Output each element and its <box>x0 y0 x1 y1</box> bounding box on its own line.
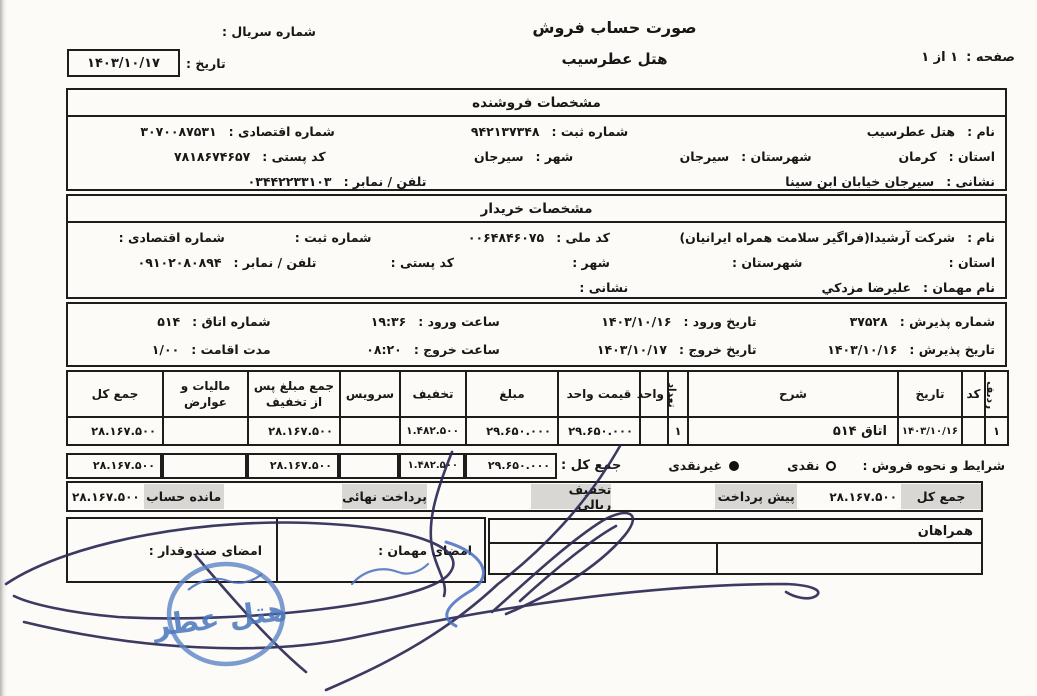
date-value: ۱۴۰۳/۱۰/۱۷ <box>87 56 160 71</box>
seller-city-field: شهر : سیرجان <box>326 149 574 164</box>
date-label: تاریخ : <box>186 56 226 71</box>
buyer-national-id-value: ۰۰۶۴۸۴۶۰۷۵ <box>468 230 544 245</box>
buyer-address-label: نشانی : <box>579 280 628 295</box>
cell-code <box>962 417 985 445</box>
seller-province-value: کرمان <box>898 149 936 164</box>
departure-date-value: ۱۴۰۳/۱۰/۱۷ <box>597 342 667 357</box>
seller-phone-value: ۰۳۴۴۲۲۳۳۱۰۳ <box>248 174 332 189</box>
buyer-guest-value: علیرضا مزدكي <box>822 280 912 295</box>
document-title: صورت حساب فروش <box>527 18 702 37</box>
cell-amount: ۲۹.۶۵۰.۰۰۰ <box>466 417 558 445</box>
seller-address-value: سیرجان خیابان ابن سینا <box>785 174 934 189</box>
buyer-national-id-label: کد ملی : <box>556 230 610 245</box>
buyer-row-2: استان : شهرستان : شهر : کد پستی : تلفن /… <box>68 250 1005 275</box>
cell-unit-price: ۲۹.۶۵۰.۰۰۰ <box>558 417 640 445</box>
departure-time-label: ساعت خروج : <box>414 342 500 357</box>
companion-cell-left <box>490 544 716 573</box>
seller-section-title: مشخصات فروشنده <box>68 90 1005 117</box>
seller-address-field: نشانی : سیرجان خیابان ابن سینا <box>426 174 995 189</box>
seller-panel: مشخصات فروشنده نام : هتل عطرسیب شماره ثب… <box>66 88 1007 191</box>
arrival-date-label: تاریخ ورود : <box>683 314 756 329</box>
seller-reg-label: شماره ثبت : <box>552 124 629 139</box>
buyer-row-3: نام مهمان : علیرضا مزدكي نشانی : <box>68 275 1005 300</box>
seller-reg-field: شماره ثبت : ۹۴۲۱۳۷۳۴۸ <box>335 124 628 139</box>
arrival-date-value: ۱۴۰۳/۱۰/۱۶ <box>601 314 671 329</box>
payment-summary-strip: جمع کل ۲۸.۱۶۷.۵۰۰ پیش پرداخت تخفیف ریالی… <box>66 481 983 512</box>
cell-tax <box>163 417 248 445</box>
cell-row: ۱ <box>985 417 1008 445</box>
buyer-province-field: استان : <box>802 255 995 270</box>
seller-phone-label: تلفن / نمابر : <box>344 174 427 189</box>
col-header-amount: مبلغ <box>466 371 558 417</box>
stay-row-2: تاریخ پذیرش : ۱۴۰۳/۱۰/۱۶ تاریخ خروج : ۱۴… <box>68 335 1005 363</box>
reception-date-value: ۱۴۰۳/۱۰/۱۶ <box>827 342 897 357</box>
stay-panel: شماره پذیرش : ۳۷۵۲۸ تاریخ ورود : ۱۴۰۳/۱۰… <box>66 302 1007 367</box>
cell-description: اتاق ۵۱۴ <box>688 417 898 445</box>
seller-economic-field: شماره اقتصادی : ۳۰۷۰۰۸۷۵۳۱ <box>78 124 335 139</box>
buyer-postal-field: کد پستی : <box>316 255 454 270</box>
totals-discount: ۱.۴۸۲.۵۰۰ <box>399 453 465 479</box>
grand-total-value-cell: ۲۸.۱۶۷.۵۰۰ <box>797 483 901 510</box>
seller-postal-value: ۷۸۱۸۶۷۴۶۵۷ <box>174 149 250 164</box>
seller-province-field: استان : کرمان <box>812 149 995 164</box>
col-header-unit-price: قیمت واحد <box>558 371 640 417</box>
col-header-description: شرح <box>688 371 898 417</box>
non-cash-radio <box>729 461 739 471</box>
totals-after-discount: ۲۸.۱۶۷.۵۰۰ <box>247 453 339 479</box>
non-cash-label: غیرنقدی <box>668 458 722 473</box>
cell-grand-total: ۲۸.۱۶۷.۵۰۰ <box>67 417 163 445</box>
departure-date-label: تاریخ خروج : <box>679 342 757 357</box>
page-value: ۱ از ۱ <box>921 50 958 65</box>
buyer-city-label: شهر : <box>572 255 610 270</box>
seller-row-3: نشانی : سیرجان خیابان ابن سینا تلفن / نم… <box>68 169 1005 194</box>
seller-phone-field: تلفن / نمابر : ۰۳۴۴۲۲۳۳۱۰۳ <box>78 174 426 189</box>
departure-time-field: ساعت خروج : ۰۸:۲۰ <box>271 342 500 357</box>
signature-box: امضای مهمان : امضای صندوقدار : <box>66 517 486 583</box>
cell-date: ۱۴۰۳/۱۰/۱۶ <box>898 417 962 445</box>
seller-postal-field: کد پستی : ۷۸۱۸۶۷۴۶۵۷ <box>78 149 326 164</box>
buyer-panel: مشخصات خریدار نام : شرکت آرشیدا(فراگیر س… <box>66 194 1007 299</box>
buyer-reg-label: شماره ثبت : <box>295 230 372 245</box>
buyer-city-field: شهر : <box>454 255 610 270</box>
seller-name-value: هتل عطرسیب <box>867 124 955 139</box>
page-indicator: صفحه : ۱ از ۱ <box>921 50 1015 65</box>
companions-cells <box>488 542 983 575</box>
buyer-section-title: مشخصات خریدار <box>68 196 1005 223</box>
prepayment-value-cell <box>611 483 715 510</box>
col-header-total-after-discount: جمع مبلغ پس از تخفیف <box>248 371 340 417</box>
sale-terms: شرایط و نحوه فروش : نقدی غیرنقدی <box>639 458 1007 473</box>
cashier-signature-label: امضای صندوقدار : <box>149 543 262 558</box>
rial-discount-value-cell <box>427 483 531 510</box>
reception-date-field: تاریخ پذیرش : ۱۴۰۳/۱۰/۱۶ <box>757 342 995 357</box>
balance-chip: مانده حساب <box>144 484 224 509</box>
cash-label: نقدی <box>787 458 819 473</box>
col-header-date: تاریخ <box>898 371 962 417</box>
totals-amount: ۲۹.۶۵۰.۰۰۰ <box>465 453 557 479</box>
page-label: صفحه : <box>966 50 1015 65</box>
departure-date-field: تاریخ خروج : ۱۴۰۳/۱۰/۱۷ <box>500 342 757 357</box>
buyer-guest-label: نام مهمان : <box>923 280 995 295</box>
departure-time-value: ۰۸:۲۰ <box>366 342 402 357</box>
room-no-field: شماره اتاق : ۵۱۴ <box>78 314 271 329</box>
totals-service <box>339 453 399 479</box>
room-no-value: ۵۱۴ <box>157 314 180 329</box>
col-header-row: ردیف <box>985 371 1008 417</box>
arrival-date-field: تاریخ ورود : ۱۴۰۳/۱۰/۱۶ <box>500 314 757 329</box>
final-payment-chip: پرداخت نهائی <box>342 484 428 509</box>
arrival-time-field: ساعت ورود : ۱۹:۳۶ <box>271 314 500 329</box>
duration-field: مدت اقامت : ۱/۰۰ <box>78 342 271 357</box>
buyer-reg-field: شماره ثبت : <box>225 230 372 245</box>
duration-value: ۱/۰۰ <box>152 342 179 357</box>
reception-date-label: تاریخ پذیرش : <box>909 342 995 357</box>
buyer-postal-label: کد پستی : <box>391 255 454 270</box>
stay-row-1: شماره پذیرش : ۳۷۵۲۸ تاریخ ورود : ۱۴۰۳/۱۰… <box>68 307 1005 335</box>
col-header-grand-total: جمع کل <box>67 371 163 417</box>
rial-discount-chip: تخفیف ریالی <box>531 484 611 509</box>
buyer-county-label: شهرستان : <box>732 255 802 270</box>
buyer-row-1: نام : شرکت آرشیدا(فراگیر سلامت همراه ایر… <box>68 225 1005 250</box>
buyer-phone-value: ۰۹۱۰۲۰۸۰۸۹۴ <box>138 255 222 270</box>
buyer-province-label: استان : <box>949 255 995 270</box>
buyer-name-field: نام : شرکت آرشیدا(فراگیر سلامت همراه ایر… <box>610 230 995 245</box>
seller-city-label: شهر : <box>536 149 574 164</box>
date-box: ۱۴۰۳/۱۰/۱۷ <box>67 49 180 77</box>
stay-rows: شماره پذیرش : ۳۷۵۲۸ تاریخ ورود : ۱۴۰۳/۱۰… <box>68 304 1005 365</box>
table-row: ۱ ۱۴۰۳/۱۰/۱۶ اتاق ۵۱۴ ۱ ۲۹.۶۵۰.۰۰۰ ۲۹.۶۵… <box>67 417 1008 445</box>
col-header-discount: تخفیف <box>400 371 466 417</box>
totals-grand-total: ۲۸.۱۶۷.۵۰۰ <box>66 453 162 479</box>
reception-no-field: شماره پذیرش : ۳۷۵۲۸ <box>757 314 995 329</box>
guest-signature-label: امضای مهمان : <box>378 543 472 558</box>
sale-terms-label: شرایط و نحوه فروش : <box>862 458 1005 473</box>
cell-discount: ۱.۴۸۲.۵۰۰ <box>400 417 466 445</box>
seller-row-1: نام : هتل عطرسیب شماره ثبت : ۹۴۲۱۳۷۳۴۸ ش… <box>68 119 1005 144</box>
hotel-name: هتل عطرسیب <box>527 50 702 68</box>
final-payment-value-cell <box>224 483 342 510</box>
buyer-economic-field: شماره اقتصادی : <box>78 230 225 245</box>
buyer-name-value: شرکت آرشیدا(فراگیر سلامت همراه ایرانیان) <box>679 230 955 245</box>
seller-rows: نام : هتل عطرسیب شماره ثبت : ۹۴۲۱۳۷۳۴۸ ش… <box>68 117 1005 196</box>
cashier-signature-cell: امضای صندوقدار : <box>68 519 276 581</box>
seller-county-label: شهرستان : <box>741 149 811 164</box>
seller-city-value: سیرجان <box>474 149 524 164</box>
grand-total-value: ۲۸.۱۶۷.۵۰۰ <box>801 490 897 504</box>
seller-postal-label: کد پستی : <box>262 149 325 164</box>
companions-label: همراهان <box>918 524 973 539</box>
totals-strip: شرایط و نحوه فروش : نقدی غیرنقدی جمع کل … <box>66 452 1007 479</box>
totals-tax <box>162 453 247 479</box>
cell-total-after-discount: ۲۸.۱۶۷.۵۰۰ <box>248 417 340 445</box>
arrival-time-label: ساعت ورود : <box>418 314 500 329</box>
seller-county-field: شهرستان : سیرجان <box>573 149 811 164</box>
seller-economic-label: شماره اقتصادی : <box>229 124 335 139</box>
cell-service <box>340 417 400 445</box>
items-table: ردیف کد تاریخ شرح تعداد واحد قیمت واحد م… <box>66 370 1009 446</box>
guest-signature-cell: امضای مهمان : <box>276 519 484 581</box>
stamp-text: هتل عطر <box>149 593 288 643</box>
col-header-service: سرویس <box>340 371 400 417</box>
buyer-phone-label: تلفن / نمابر : <box>234 255 317 270</box>
buyer-county-field: شهرستان : <box>610 255 803 270</box>
seller-row-2: استان : کرمان شهرستان : سیرجان شهر : سیر… <box>68 144 1005 169</box>
buyer-economic-label: شماره اقتصادی : <box>119 230 225 245</box>
prepayment-chip: پیش پرداخت <box>715 484 797 509</box>
cash-radio <box>826 461 836 471</box>
room-no-label: شماره اتاق : <box>192 314 271 329</box>
totals-label: جمع کل : <box>557 458 639 473</box>
arrival-time-value: ۱۹:۳۶ <box>371 314 407 329</box>
seller-reg-value: ۹۴۲۱۳۷۳۴۸ <box>471 124 540 139</box>
scan-edge-shadow <box>0 0 7 696</box>
buyer-phone-field: تلفن / نمابر : ۰۹۱۰۲۰۸۰۸۹۴ <box>78 255 316 270</box>
buyer-national-id-field: کد ملی : ۰۰۶۴۸۴۶۰۷۵ <box>371 230 609 245</box>
serial-number-label: شماره سریال : <box>222 24 316 39</box>
items-header-row: ردیف کد تاریخ شرح تعداد واحد قیمت واحد م… <box>67 371 1008 417</box>
reception-no-label: شماره پذیرش : <box>900 314 995 329</box>
balance-value: ۲۸.۱۶۷.۵۰۰ <box>72 490 140 504</box>
balance-value-cell: ۲۸.۱۶۷.۵۰۰ <box>68 483 144 510</box>
buyer-name-label: نام : <box>967 230 995 245</box>
duration-label: مدت اقامت : <box>191 342 270 357</box>
buyer-guest-field: نام مهمان : علیرضا مزدكي <box>628 280 995 295</box>
seller-economic-value: ۳۰۷۰۰۸۷۵۳۱ <box>140 124 216 139</box>
buyer-address-field: نشانی : <box>78 280 628 295</box>
reception-no-value: ۳۷۵۲۸ <box>850 314 888 329</box>
invoice-scan-page: صورت حساب فروش هتل عطرسیب شماره سریال : … <box>0 0 1037 696</box>
companion-cell-right <box>716 544 981 573</box>
seller-address-label: نشانی : <box>946 174 995 189</box>
cell-qty: ۱ <box>668 417 688 445</box>
seller-province-label: استان : <box>949 149 995 164</box>
seller-name-label: نام : <box>967 124 995 139</box>
seller-county-value: سیرجان <box>680 149 730 164</box>
seller-name-field: نام : هتل عطرسیب <box>628 124 995 139</box>
grand-total-chip: جمع کل <box>901 484 981 509</box>
companions-header: همراهان <box>488 518 983 544</box>
cell-unit <box>640 417 668 445</box>
col-header-qty: تعداد <box>668 371 688 417</box>
buyer-rows: نام : شرکت آرشیدا(فراگیر سلامت همراه ایر… <box>68 223 1005 302</box>
col-header-tax: مالیات و عوارض <box>163 371 248 417</box>
signature-sweep-stroke <box>24 584 818 648</box>
